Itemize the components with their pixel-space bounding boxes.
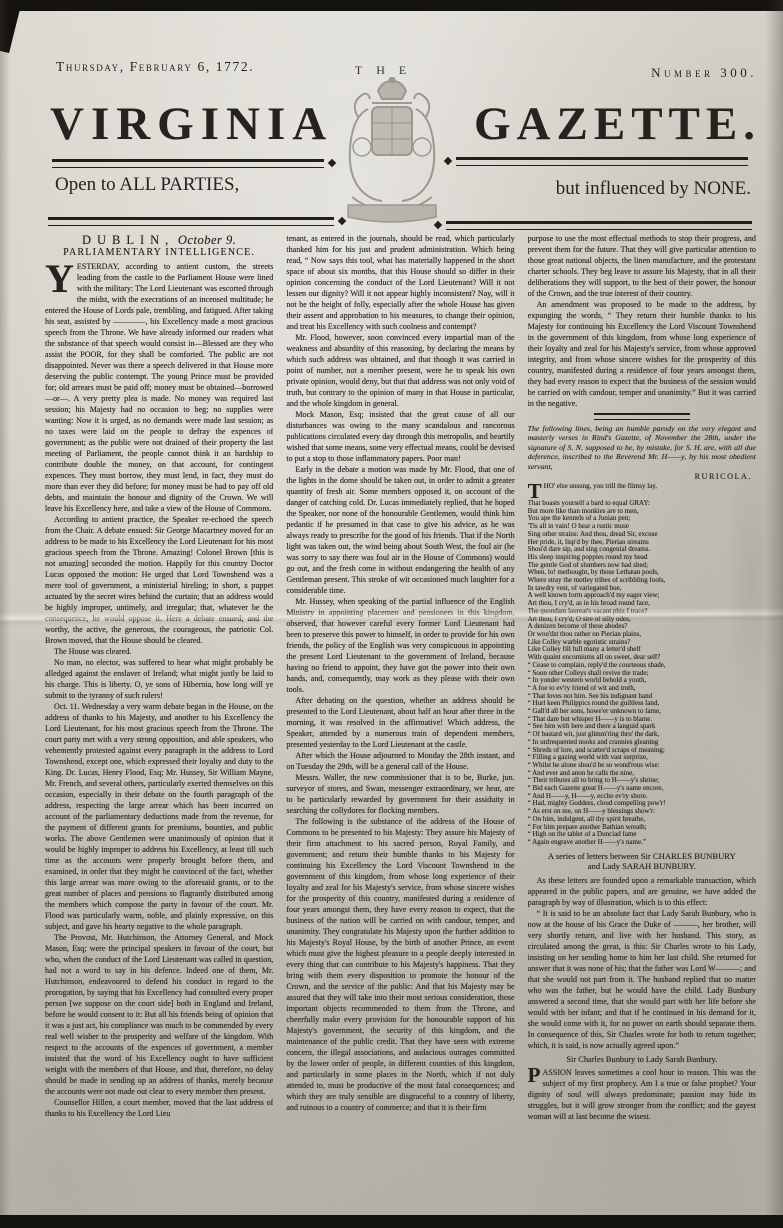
drop-cap: T xyxy=(528,483,544,500)
verse-line: “ High on the tablet of a Dunciad fame xyxy=(528,831,756,839)
verse-line: The quondam laureat's vacant phiz I trac… xyxy=(528,608,756,616)
verse-line: “ Hurl keen Philippics round the guiltle… xyxy=(528,700,756,708)
page-edge-shadow xyxy=(765,0,783,1228)
verse-line: “ Cease to complain, reply'd the courteo… xyxy=(528,662,756,670)
verse-line: The gentle God of slumbers now had shed; xyxy=(528,562,756,570)
para: purpose to use the most effectual method… xyxy=(528,233,756,299)
para: As these letters are founded upon a rema… xyxy=(528,875,756,908)
para: “ It is said to be an absolute fact that… xyxy=(528,908,756,1051)
verse-line: “ Had, mighty Goddess, cloud compelling … xyxy=(528,800,756,808)
para: Oct. 11. Wednesday a very warm debate be… xyxy=(45,701,273,932)
verse-line: “ For him prepare another Bathian wreath… xyxy=(528,824,756,832)
verse-line: Sing other strains: And thou, dread Sir,… xyxy=(528,531,756,539)
verse-line: “ Of bastard wit, just glimm'ring thro' … xyxy=(528,731,756,739)
verse-line: “ Soon other Colleys shall revive the tr… xyxy=(528,670,756,678)
para: Early in the debate a motion was made by… xyxy=(286,464,514,596)
verse-line: Where stray the motley tribes of scribbl… xyxy=(528,577,756,585)
verse-line: You ape the kennels of a Junian pen; xyxy=(528,515,756,523)
para: Mr. Hussey, when speaking of the partial… xyxy=(286,596,514,695)
verse-line: A denizen become of these abodes? xyxy=(528,623,756,631)
verse-line: “ As erst on me, on H——y blessings show'… xyxy=(528,808,756,816)
verse-line: “ And H——y, H——y, eccho ev'ry shore. xyxy=(528,793,756,801)
verse-line: That boasts yourself a bard to equal GRA… xyxy=(528,500,756,508)
letters-head: A series of letters between Sir CHARLES … xyxy=(528,851,756,872)
verse-line: In tawdry vest, of variegated hue, xyxy=(528,585,756,593)
para: The House was cleared. xyxy=(45,646,273,657)
masthead-title-virginia: VIRGINIA xyxy=(50,97,333,151)
verse-line: “ That loves not him. See his indignant … xyxy=(528,693,756,701)
verse-line: Her pride, it, lisp'd by thee, Pierian s… xyxy=(528,539,756,547)
verse-line: “ Shreds of lore, and scatter'd scraps o… xyxy=(528,747,756,755)
verse-line: Or wou'dst thou rather on Pierian plains… xyxy=(528,631,756,639)
masthead-rule xyxy=(446,221,752,230)
verse-line: “ See him with here and there a languid … xyxy=(528,723,756,731)
verse-line: THO' else unsung, you trill the flimsy l… xyxy=(528,483,756,500)
royal-coat-of-arms-icon xyxy=(338,77,446,233)
verse-line: “ Again engrave another H——y's name.” xyxy=(528,839,756,847)
verse-line: “ Their tributes all to bring to H——y's … xyxy=(528,777,756,785)
para: According to antient practice, the Speak… xyxy=(45,514,273,646)
dateline-heading: DUBLIN, October 9. xyxy=(45,235,273,246)
column-2: tenant, as entered in the journals, shou… xyxy=(286,233,514,1213)
attrib: RURICOLA. xyxy=(528,471,752,482)
date-line: Thursday, February 6, 1772. xyxy=(56,59,254,75)
drop-cap: P xyxy=(528,1067,543,1084)
para: PASSION leaves sometimes a cool hour to … xyxy=(528,1067,756,1122)
para: The following is the substance of the ad… xyxy=(286,816,514,1113)
verse-line: But more like than monkies are to men, xyxy=(528,508,756,516)
verse-line: With quaint encomiums all on sweet, dear… xyxy=(528,654,756,662)
para: After which the House adjourned to Monda… xyxy=(286,750,514,772)
para: After debating on the question, whether … xyxy=(286,695,514,750)
verse-line: “ Gall'd all her sons, howe'er unknown t… xyxy=(528,708,756,716)
masthead-rule xyxy=(456,157,748,166)
verse-line: When, lo! methought, by those Lethæan po… xyxy=(528,569,756,577)
verse-line: Art thou, I cry'd, as in his broad round… xyxy=(528,600,756,608)
masthead-title-gazette: GAZETTE. xyxy=(474,97,761,151)
verse-line: 'Tis all in vain! O hear a rustic muse xyxy=(528,523,756,531)
verse-line: Art thou, I cry'd, O sire of silly odes, xyxy=(528,616,756,624)
verse-line: “ Filling a gazing world with vast surpr… xyxy=(528,754,756,762)
para: No man, no elector, was suffered to hear… xyxy=(45,657,273,701)
verse-line: “ On him, indulgent, all thy spirit brea… xyxy=(528,816,756,824)
para: tenant, as entered in the journals, shou… xyxy=(286,233,514,332)
verse-line: “ In unfrequented nooks and crannies gle… xyxy=(528,739,756,747)
masthead-rule xyxy=(52,159,324,168)
motto-right: but influenced by NONE. xyxy=(556,178,751,200)
preface: The following lines, being an humble par… xyxy=(528,424,756,471)
verse-line: A well known form approach'd my eager vi… xyxy=(528,592,756,600)
scan-edge-bottom xyxy=(0,1215,783,1228)
issue-number: Number 300. xyxy=(651,65,757,81)
para: Counsellor Hillen, a court member, moved… xyxy=(45,1097,273,1119)
verse: THO' else unsung, you trill the flimsy l… xyxy=(528,483,756,847)
para: Mock Mason, Esq; insisted that the great… xyxy=(286,409,514,464)
masthead-the: THE xyxy=(355,63,420,78)
verse-line: Like Colley warble egotistic strains? xyxy=(528,639,756,647)
ornamental-rule xyxy=(594,413,690,420)
drop-cap: Y xyxy=(45,261,77,295)
newspaper-page: Thursday, February 6, 1772. THE Number 3… xyxy=(0,0,783,1228)
verse-line: “ And ever and anon he calls the nine, xyxy=(528,770,756,778)
verse-line: “ Whilst he alone shou'd be so wond'rous… xyxy=(528,762,756,770)
letter-title: Sir Charles Bunbury to Lady Sarah Bunbur… xyxy=(528,1054,756,1065)
column-1: DUBLIN, October 9.PARLIAMENTARY INTELLIG… xyxy=(45,233,273,1213)
article-columns: DUBLIN, October 9.PARLIAMENTARY INTELLIG… xyxy=(45,233,756,1213)
para: Messrs. Waller, the new commissioner tha… xyxy=(286,772,514,816)
verse-line: “ That dare but whisper H——y is to blame… xyxy=(528,716,756,724)
verse-line: “ In yonder western world behold a youth… xyxy=(528,677,756,685)
masthead-rule xyxy=(48,217,334,226)
column-3: purpose to use the most effectual method… xyxy=(528,233,756,1213)
para: Mr. Flood, however, soon convinced every… xyxy=(286,332,514,409)
para: An amendment was proposed to be made to … xyxy=(528,299,756,409)
verse-line: “ Bid each Gazette great H——y's name enc… xyxy=(528,785,756,793)
motto-left: Open to ALL PARTIES, xyxy=(55,174,239,196)
para: YESTERDAY, according to antient custom, … xyxy=(45,261,273,514)
verse-line: “ A foe to ev'ry friend of wit and truth… xyxy=(528,685,756,693)
verse-line: His sleep inspiring poppies round my hea… xyxy=(528,554,756,562)
page-edge-shadow xyxy=(0,0,10,1228)
article-subheading: PARLIAMENTARY INTELLIGENCE. xyxy=(45,247,273,258)
para: The Provost, Mr. Hutchinson, the Attorne… xyxy=(45,932,273,1097)
verse-line: Shou'd dare sip, and sing congenial drea… xyxy=(528,546,756,554)
verse-line: Like Colley fill full many a letter'd sh… xyxy=(528,646,756,654)
masthead: Thursday, February 6, 1772. THE Number 3… xyxy=(0,11,783,233)
scan-edge-top xyxy=(0,0,783,11)
